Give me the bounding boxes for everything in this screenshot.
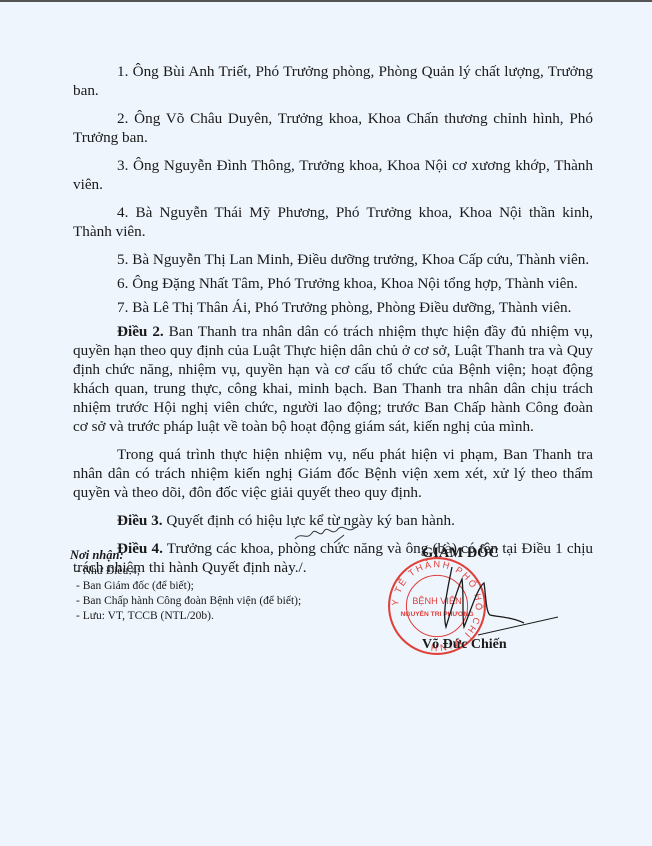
member-7: 7. Bà Lê Thị Thân Ái, Phó Trưởng phòng, … [73, 298, 593, 317]
article-2-label: Điều 2. [117, 323, 164, 340]
recipient-item: Lưu: VT, TCCB (NTL/20b). [76, 609, 301, 624]
recipient-item: Như Điều 4; [76, 564, 301, 579]
article-2-continued: Trong quá trình thực hiện nhiệm vụ, nếu … [73, 445, 593, 502]
top-border [0, 0, 652, 2]
member-5: 5. Bà Nguyễn Thị Lan Minh, Điều dưỡng tr… [73, 250, 593, 269]
recipient-item: Ban Chấp hành Công đoàn Bệnh viện (để bi… [76, 594, 301, 609]
initial-signature-icon [290, 517, 370, 547]
article-2: Điều 2. Ban Thanh tra nhân dân có trách … [73, 322, 593, 436]
member-1: 1. Ông Bùi Anh Triết, Phó Trưởng phòng, … [73, 62, 593, 100]
document-body: 1. Ông Bùi Anh Triết, Phó Trưởng phòng, … [73, 62, 593, 586]
member-4: 4. Bà Nguyễn Thái Mỹ Phương, Phó Trưởng … [73, 203, 593, 241]
recipients-title: Nơi nhận: [70, 548, 301, 563]
handwritten-signature-icon [428, 557, 560, 647]
recipients-block: Nơi nhận: Như Điều 4; Ban Giám đốc (để b… [70, 548, 301, 624]
member-2: 2. Ông Võ Châu Duyên, Trưởng khoa, Khoa … [73, 109, 593, 147]
recipients-list: Như Điều 4; Ban Giám đốc (để biết); Ban … [70, 564, 301, 624]
recipient-item: Ban Giám đốc (để biết); [76, 579, 301, 594]
signer-name: Võ Đức Chiến [422, 637, 507, 653]
article-3-label: Điều 3. [117, 512, 163, 529]
member-6: 6. Ông Đặng Nhất Tâm, Phó Trưởng khoa, K… [73, 274, 593, 293]
member-3: 3. Ông Nguyễn Đình Thông, Trưởng khoa, K… [73, 156, 593, 194]
signature-block: Y TẾ THÀNH PHỐ HỒ CHÍ MINH BỆNH VIỆN NGU… [388, 545, 558, 660]
